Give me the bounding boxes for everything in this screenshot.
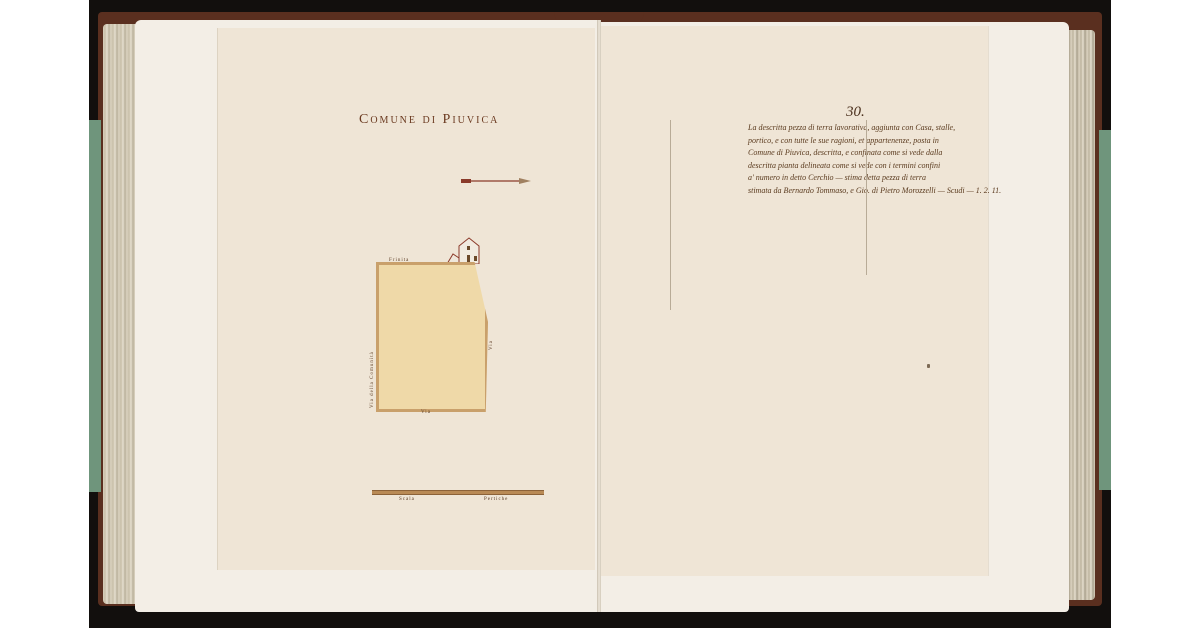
scale-label-right: Pertiche <box>484 497 508 502</box>
entry-line: stimata da Bernardo Tommaso, e Gio. di P… <box>748 185 1013 198</box>
page-edges-left <box>103 24 139 604</box>
arrow-icon <box>461 178 531 184</box>
left-page <box>135 20 599 612</box>
entry-line: a' numero in detto Cerchio — stima detta… <box>748 172 1013 185</box>
margin-rule-left <box>670 120 671 310</box>
house-icon <box>447 236 481 264</box>
entry-line: descritta pianta delineata come si vede … <box>748 160 1013 173</box>
endpaper-right <box>1099 130 1111 490</box>
paper-speck <box>927 364 930 368</box>
page-number: 30. <box>846 104 865 121</box>
margin-rule-right <box>866 120 867 275</box>
label-left: Via della Comunità <box>370 351 375 408</box>
right-page <box>599 22 1069 612</box>
map-title: Comune di Piuvica <box>359 112 499 128</box>
book-photo: Comune di Piuvica Frinita Via della Comu… <box>89 0 1111 628</box>
right-plate <box>599 26 989 576</box>
endpaper-left <box>89 120 101 492</box>
scale-label-left: Scala <box>399 497 415 502</box>
label-right: Via <box>489 340 494 350</box>
entry-line: portico, e con tutte le sue ragioni, et … <box>748 135 1013 148</box>
handwritten-entry: La descritta pezza di terra lavorativa, … <box>748 122 1013 197</box>
entry-line: Comune di Piuvica, descritta, e confinat… <box>748 147 1013 160</box>
scale-bar <box>372 490 544 495</box>
gutter <box>597 20 601 612</box>
land-parcel <box>376 262 488 412</box>
label-bottom: Via <box>421 410 431 415</box>
entry-line: La descritta pezza di terra lavorativa, … <box>748 122 1013 135</box>
label-top: Frinita <box>389 258 409 263</box>
